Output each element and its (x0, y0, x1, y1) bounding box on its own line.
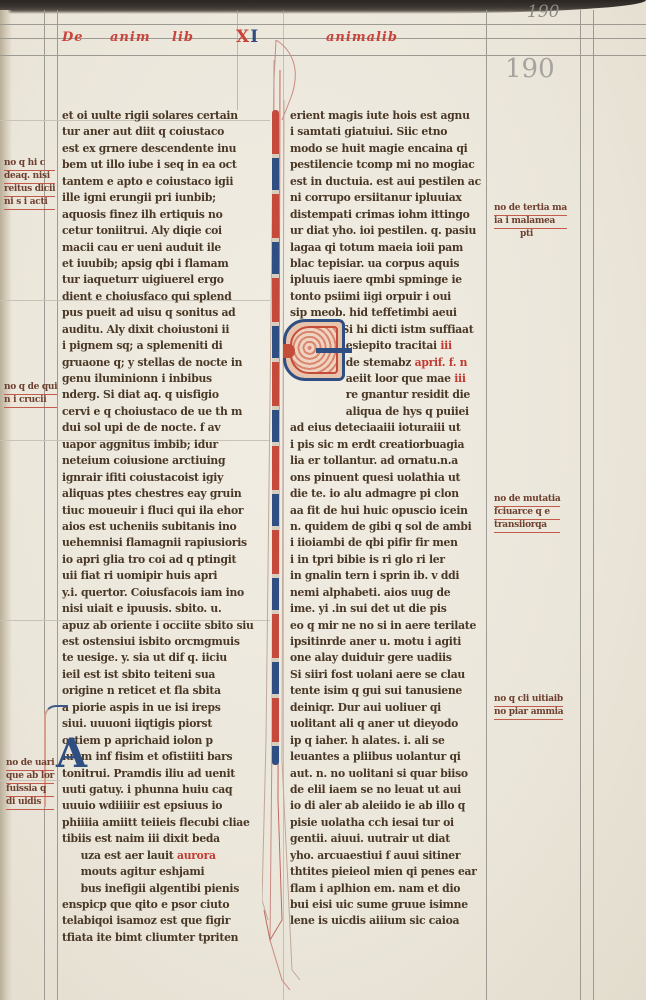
text-line: nisi uiait e ipuusis. sbito. u. (62, 600, 259, 616)
decorated-initial-c (283, 319, 345, 381)
margin-note-line: n i crucii (4, 395, 57, 408)
text-line: ur diat yho. ioi pestilen. q. pasiu (290, 222, 483, 238)
margin-note-line: no de uari (6, 758, 54, 771)
ruling-line-left-col-edge (237, 10, 238, 110)
manuscript-page: 190 190 De anim lib XI animalib et oi uu… (0, 0, 646, 1000)
text-line: dient e choiusfaco qui splend (62, 288, 259, 304)
text-line: pestilencie tcomp mi no mogiac (290, 156, 483, 172)
ruling-line-top-2 (0, 38, 646, 39)
text-line: uehemnisi flamagnii rapiusioris (62, 534, 259, 550)
text-line: tonto psiimi iigi orpuir i oui (290, 288, 483, 304)
margin-note-left-3: no de uari que ab lor fuissia q di uidis (6, 758, 54, 810)
text-line: in gnalin tern i sprin ib. v ddi (290, 567, 483, 583)
text-line: tantem e apto e coiustaco igii (62, 173, 259, 189)
text-line: uolitant ali q aner ut dieyodo (290, 715, 483, 731)
text-line: nderg. Si diat aq. q uisfigio (62, 386, 259, 402)
text-line: bem ut illo iube i seq in ea oct (62, 156, 259, 172)
text-line: pus pueit ad uisu q sonitus ad (62, 304, 259, 320)
text-line: neteium coiusione arctiuing (62, 452, 259, 468)
margin-note-line: no de mutatia (494, 494, 560, 507)
text-line: est ex grnere descendente inu (62, 140, 259, 156)
folio-number-faded: 190 (505, 54, 555, 84)
text-line: genu iluminionn i inbibus (62, 370, 259, 386)
initial-notch (283, 344, 295, 358)
text-line: re gnantur residit die (290, 386, 483, 402)
text-line: phiiiia amiitt teiieis flecubi cliae (62, 814, 259, 830)
margin-note-line: no de tertia ma (494, 203, 567, 216)
ruling-line-top-1 (0, 24, 646, 25)
text-line: tfiata ite bimt cliumter tpriten (62, 929, 259, 945)
text-line: enspicp que qito e psor ciuto (62, 896, 259, 912)
margin-note-line: no q de qui (4, 382, 57, 395)
text-line: tente isim q gui sui tanusiene (290, 682, 483, 698)
text-line: aa fit de hui huic opuscio icein (290, 502, 483, 518)
margin-note-line: di uidis (6, 797, 54, 810)
text-line: blac tepisiar. ua corpus aquis (290, 255, 483, 271)
text-line: flam i aplhion em. nam et dio (290, 880, 483, 896)
text-line: aquosis finez ilh ertiquis no (62, 206, 259, 222)
text-line: tibiis est naim iii dixit beda (62, 830, 259, 846)
ruling-line-right-margin-2 (593, 10, 594, 1000)
text-line: thtites pieieol mien qi penes ear (290, 863, 483, 879)
text-line: uii fiat ri uomipir huis apri (62, 567, 259, 583)
text-line: ortiem p aprichaid iolon p (62, 732, 259, 748)
ruling-line-left-text (57, 10, 58, 1000)
margin-note-line: no piar ammia (494, 707, 563, 720)
rubric: aprif. f. n (415, 355, 468, 369)
text-line: gentii. aiuui. uutrair ut diat (290, 830, 483, 846)
text-line: erient magis iute hois est agnu (290, 107, 483, 123)
text-line: Si siiri fost uolani aere se clau (290, 666, 483, 682)
text-line: ad eius deteciaaiii ioturaiii ut (290, 419, 483, 435)
text-line: tiuc moueuir i fluci qui ila ehor (62, 502, 259, 518)
text-line: ignrair ifiti coiustacoist igiy (62, 469, 259, 485)
text-line: aut. n. no uolitani si quar biiso (290, 765, 483, 781)
running-header-right: animalib (326, 30, 398, 45)
running-header-anim: anim (110, 30, 151, 45)
text-line: tur iaqueturr uigiuerel ergo (62, 271, 259, 287)
text-line: iuum inf fisim et ofistiiti bars (62, 748, 259, 764)
margin-note-right-3: no q cli uitiaib no piar ammia (494, 694, 563, 720)
text-line: ipluuis iaere qmbi spminge ie (290, 271, 483, 287)
margin-note-left-2: no q de qui n i crucii (4, 382, 57, 408)
margin-note-right-2: no de mutatia fciuarce q e transiiorqa (494, 494, 560, 533)
text-line: yho. arcuaestiui f auui sitiner (290, 847, 483, 863)
text-line: et iuubib; apsig qbi i flamam (62, 255, 259, 271)
text-line: eo q mir ne no si in aere terilate (290, 617, 483, 633)
text-line: a piorie aspis in ue isi ireps (62, 699, 259, 715)
text-line: tonitrui. Pramdis iliu ad uenit (62, 765, 259, 781)
text-line: aliqua de hys q puiiei (290, 403, 483, 419)
folio-number-pencil: 190 (527, 2, 559, 22)
text-line: pisie uolatha cch iesai tur oi (290, 814, 483, 830)
margin-note-line: ni s i acti (4, 197, 55, 210)
text-line: mouts agitur eshjami (62, 863, 259, 879)
text-line: ille igni erungii pri iunbib; (62, 189, 259, 205)
margin-note-line: no q hi c (4, 158, 55, 171)
text-column-left: et oi uulte rigii solares certaintur ane… (62, 107, 274, 945)
margin-note-line: transiiorqa (494, 520, 560, 533)
book-number-blue: I (250, 27, 259, 47)
text-line: modo se huit magie encaina qi (290, 140, 483, 156)
text-line: io apri glia tro coi ad q ptingit (62, 551, 259, 567)
running-header-de: De (62, 30, 84, 45)
decorated-initial-a: A (56, 730, 87, 777)
margin-note-line: ia i malamea (494, 216, 567, 229)
text-line: ieil est ist sbito teiteni sua (62, 666, 259, 682)
running-header-book-number: XI (236, 27, 259, 47)
text-line: uuuio wdiiiiir est epsiuus io (62, 797, 259, 813)
text-line: bus inefigii algentibi pienis (62, 880, 259, 896)
text-line: aliquas ptes chestres eay gruin (62, 485, 259, 501)
text-line: et oi uulte rigii solares certain (62, 107, 259, 123)
text-line: leuantes a pliibus uolantur qi (290, 748, 483, 764)
text-line: te uesige. y. sia ut dif q. iiciu (62, 649, 259, 665)
text-line: lia er tollantur. ad ornatu.n.a (290, 452, 483, 468)
text-line: bui eisi uic sume gruue isimne (290, 896, 483, 912)
text-line: one alay duiduir gere uadiis (290, 649, 483, 665)
text-line: y.i. quertor. Coiusfacois iam ino (62, 584, 259, 600)
text-line: lene is uicdis aiiium sic caioa (290, 912, 483, 928)
rubric: iii (454, 371, 465, 385)
book-number-red: X (236, 27, 250, 47)
text-line: distempati crimas iohm ittingo (290, 206, 483, 222)
margin-note-line: no q cli uitiaib (494, 694, 563, 707)
margin-note-right-1: no de tertia ma ia i malamea pti (494, 203, 567, 240)
text-line: dui sol upi de de nocte. f av (62, 419, 259, 435)
margin-note-line: pti (494, 229, 567, 240)
text-line: cervi e q choiustaco de ue th m (62, 403, 259, 419)
text-line: i pis sic m erdt creatiorbuagia (290, 436, 483, 452)
text-line: ni corrupo ersiitanur ipluuiax (290, 189, 483, 205)
text-line: nemi alphabeti. aios uug de (290, 584, 483, 600)
text-line: siui. uuuoni iiqtigis piorst (62, 715, 259, 731)
text-line: aios est ucheniis subitanis ino (62, 518, 259, 534)
text-line: de elil iaem se no leuat ut aui (290, 781, 483, 797)
text-line: n. quidem de gibi q sol de ambi (290, 518, 483, 534)
initial-crossbar (316, 348, 352, 353)
text-line: origine n reticet et fla sbita (62, 682, 259, 698)
text-line: gruaone q; y stellas de nocte in (62, 354, 259, 370)
text-line: cetur toniitrui. Aly diqie coi (62, 222, 259, 238)
text-line: i iioiambi de qbi pifir fir men (290, 534, 483, 550)
text-line: uapor aggnitus imbib; idur (62, 436, 259, 452)
text-line: auditu. Aly dixit choiustoni ii (62, 321, 259, 337)
text-line: est in ductuia. est aui pestilen ac (290, 173, 483, 189)
text-line: uuti gatuy. i phunna huiu caq (62, 781, 259, 797)
text-line: lagaa qi totum maeia ioii pam (290, 239, 483, 255)
text-line: tur aner aut diit q coiustaco (62, 123, 259, 139)
text-line: ime. yi .in sui det ut die pis (290, 600, 483, 616)
margin-note-line: que ab lor (6, 771, 54, 784)
text-line: i samtati giatuiui. Siic etno (290, 123, 483, 139)
text-line: die te. io alu admagre pi clon (290, 485, 483, 501)
text-line: uza est aer lauit aurora (62, 847, 259, 863)
running-header-lib: lib (172, 30, 194, 45)
margin-note-line: deaq. nisi (4, 171, 55, 184)
rubric: iii (440, 338, 451, 352)
text-line: apuz ab oriente i occiite sbito siu (62, 617, 259, 633)
text-line: i pignem sq; a splemeniti di (62, 337, 259, 353)
text-line: i in tpri bibie is ri glo ri ler (290, 551, 483, 567)
rubric: aurora (177, 848, 216, 862)
margin-note-line: reitus dicii (4, 184, 55, 197)
text-line: io di aler ab aleiido ie ab illo q (290, 797, 483, 813)
text-line: deiniqr. Dur aui uoliuer qi (290, 699, 483, 715)
text-line: est ostensiui isbito orcmgmuis (62, 633, 259, 649)
text-line: telabiqoi isamoz est que figir (62, 912, 259, 928)
margin-note-left-1: no q hi c deaq. nisi reitus dicii ni s i… (4, 158, 55, 210)
ruling-line-right-margin-1 (580, 10, 581, 1000)
margin-note-line: fciuarce q e (494, 507, 560, 520)
text-line: ip q iaher. h alates. i. ali se (290, 732, 483, 748)
text-line: ons pinuent quesi uolathia ut (290, 469, 483, 485)
text-column-right: erient magis iute hois est agnui samtati… (290, 107, 498, 929)
text-line: macii cau er ueni auduit ile (62, 239, 259, 255)
margin-note-line: fuissia q (6, 784, 54, 797)
text-line: ipsitinrde aner u. motu i agiti (290, 633, 483, 649)
